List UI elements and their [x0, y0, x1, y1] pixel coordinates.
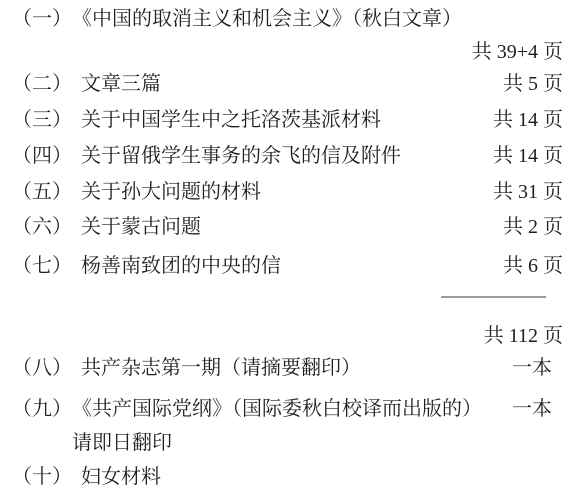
item-page-count: 共 5 页 [503, 73, 563, 95]
item-title: 关于蒙古问题 [81, 216, 201, 238]
list-item: （六） 关于蒙古问题 共 2 页 [12, 216, 563, 238]
item-text: （九） 《共产国际党纲》（国际委秋白校译而出版的） [12, 398, 482, 420]
item-page-count: 共 14 页 [493, 145, 563, 167]
item-copy-count: 一本 [512, 357, 563, 379]
item-text: （五） 关于孙大问题的材料 [12, 181, 261, 203]
item-text: （二） 文章三篇 [12, 73, 161, 95]
list-item: （三） 关于中国学生中之托洛茨基派材料 共 14 页 [12, 109, 563, 131]
list-item: （九） 《共产国际党纲》（国际委秋白校译而出版的） 一本 [12, 398, 563, 420]
item-page-count: 共 39+4 页 [12, 41, 563, 63]
item-ordinal: （七） [12, 255, 72, 277]
item-title: 《中国的取消主义和机会主义》（秋白文章） [72, 8, 462, 30]
list-item: （四） 关于留俄学生事务的余飞的信及附件 共 14 页 [12, 145, 563, 167]
document-page: （一） 《中国的取消主义和机会主义》（秋白文章） 共 39+4 页 （二） 文章… [0, 0, 572, 502]
list-item: （十） 妇女材料 [12, 466, 563, 488]
item-title: 关于孙大问题的材料 [81, 181, 261, 203]
item-text: （七） 杨善南致团的中央的信 [12, 255, 281, 277]
item-ordinal: （九） [12, 398, 72, 420]
item-ordinal: （一） [12, 8, 72, 30]
list-item: （二） 文章三篇 共 5 页 [12, 73, 563, 95]
item-continuation: 请即日翻印 [12, 432, 563, 454]
item-ordinal: （三） [12, 109, 72, 131]
item-page-count: 共 6 页 [503, 255, 563, 277]
item-text: （八） 共产杂志第一期（请摘要翻印） [12, 357, 361, 379]
item-copy-count: 一本 [512, 398, 563, 420]
item-title: 文章三篇 [81, 73, 161, 95]
item-title: 共产杂志第一期（请摘要翻印） [81, 357, 361, 379]
list-item: （八） 共产杂志第一期（请摘要翻印） 一本 [12, 357, 563, 379]
item-text: （一） 《中国的取消主义和机会主义》（秋白文章） [12, 8, 462, 30]
item-ordinal: （五） [12, 181, 72, 203]
item-title: 妇女材料 [81, 466, 161, 488]
item-text: （六） 关于蒙古问题 [12, 216, 201, 238]
item-ordinal: （十） [12, 466, 72, 488]
subtotal-page-count: 共 112 页 [12, 325, 563, 347]
subtotal-rule-row [12, 296, 563, 298]
item-page-count: 共 14 页 [493, 109, 563, 131]
item-title: 关于留俄学生事务的余飞的信及附件 [81, 145, 401, 167]
item-text: （三） 关于中国学生中之托洛茨基派材料 [12, 109, 381, 131]
list-item: （一） 《中国的取消主义和机会主义》（秋白文章） [12, 8, 563, 30]
item-ordinal: （二） [12, 73, 72, 95]
item-text: （四） 关于留俄学生事务的余飞的信及附件 [12, 145, 401, 167]
item-page-count: 共 31 页 [493, 181, 563, 203]
item-title: 杨善南致团的中央的信 [81, 255, 281, 277]
item-title: 《共产国际党纲》（国际委秋白校译而出版的） [72, 398, 482, 420]
item-page-count: 共 2 页 [503, 216, 563, 238]
subtotal-rule [441, 296, 546, 298]
item-ordinal: （六） [12, 216, 72, 238]
item-ordinal: （八） [12, 357, 72, 379]
list-item: （五） 关于孙大问题的材料 共 31 页 [12, 181, 563, 203]
item-text: （十） 妇女材料 [12, 466, 161, 488]
item-title: 关于中国学生中之托洛茨基派材料 [81, 109, 381, 131]
list-item: （七） 杨善南致团的中央的信 共 6 页 [12, 255, 563, 277]
item-ordinal: （四） [12, 145, 72, 167]
